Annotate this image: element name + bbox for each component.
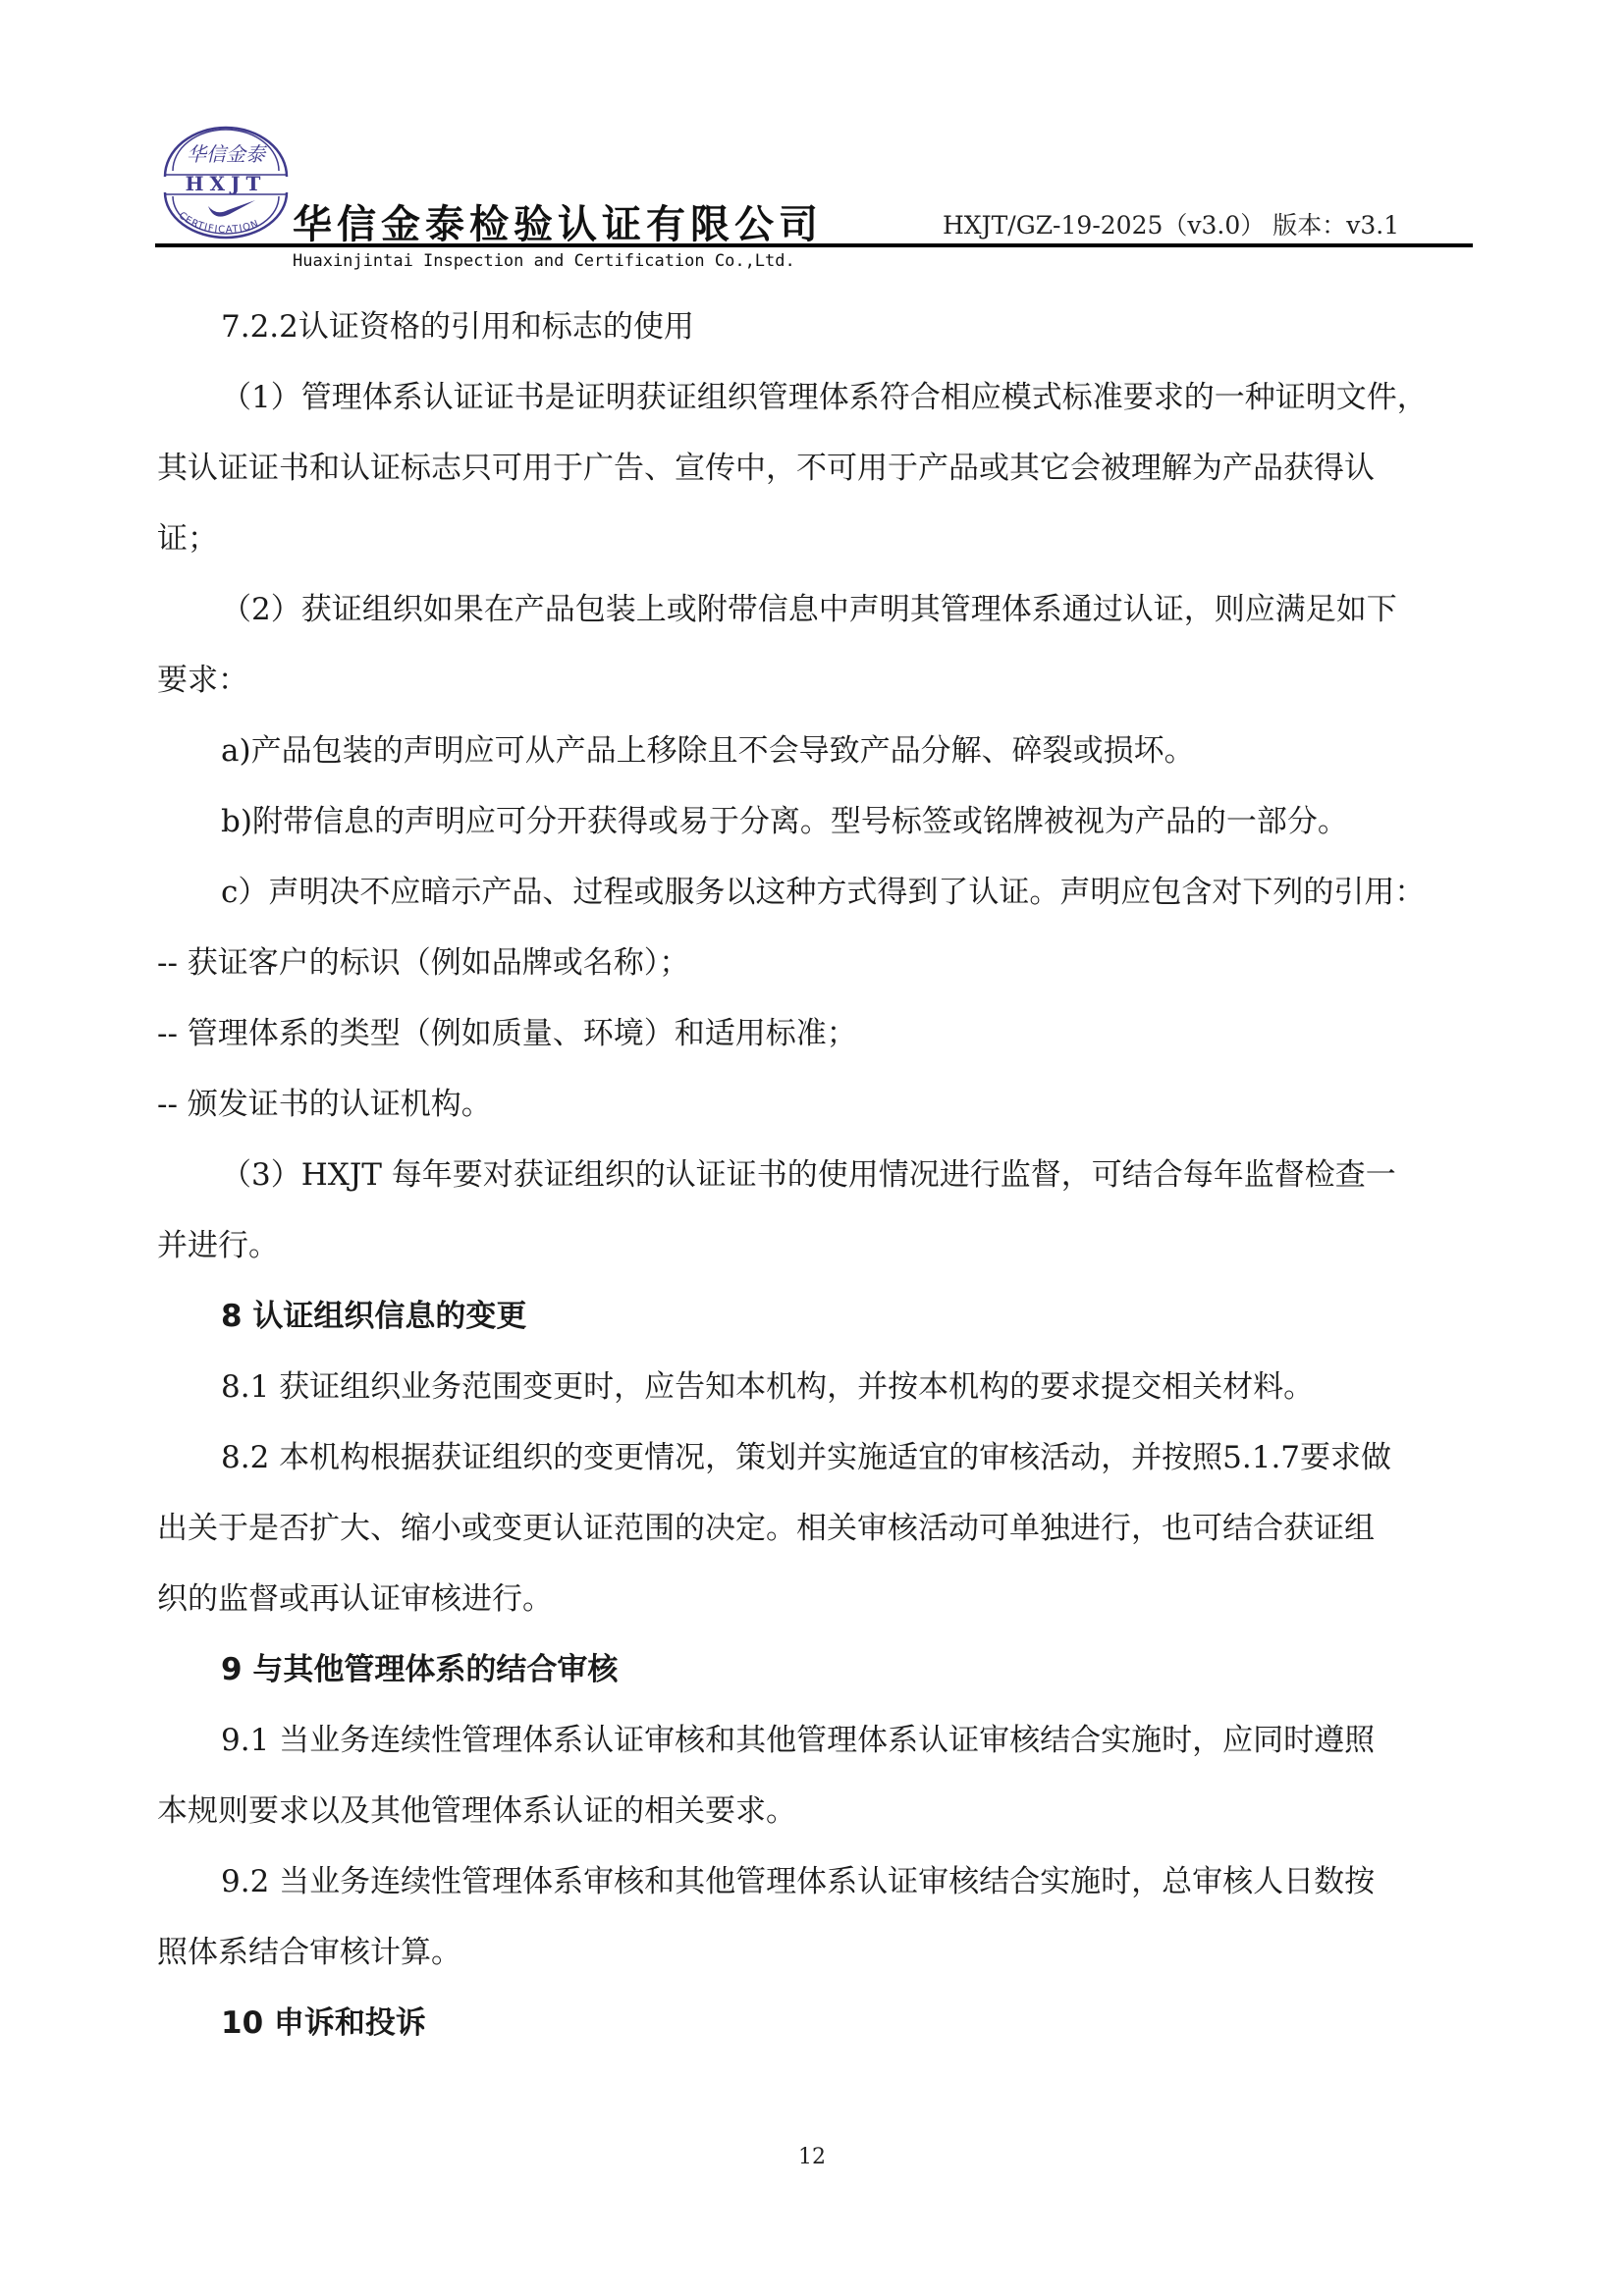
bullet-item: -- 颁发证书的认证机构。 xyxy=(157,1085,492,1124)
paragraph-line: 织的监督或再认证审核进行。 xyxy=(157,1579,553,1619)
paragraph-line: 9.2 当业务连续性管理体系审核和其他管理体系认证审核结合实施时，总审核人日数按 xyxy=(221,1862,1375,1901)
paragraph-line: 并进行。 xyxy=(157,1226,279,1265)
paragraph-line: （2）获证组织如果在产品包装上或附带信息中声明其管理体系通过认证，则应满足如下 xyxy=(221,590,1397,629)
section-heading: 10 申诉和投诉 xyxy=(221,2003,426,2043)
paragraph-line: 照体系结合审核计算。 xyxy=(157,1933,461,1972)
paragraph-line: 9.1 当业务连续性管理体系认证审核和其他管理体系认证审核结合实施时，应同时遵照 xyxy=(221,1721,1375,1760)
hxjt-logo-icon: 华信金泰 HXJT CERTIFICATION xyxy=(157,126,295,240)
document-code: HXJT/GZ-19-2025（v3.0） 版本：v3.1 xyxy=(943,206,1399,241)
paragraph-line: 其认证证书和认证标志只可用于广告、宣传中，不可用于产品或其它会被理解为产品获得认 xyxy=(157,449,1375,488)
logo-top-text: 华信金泰 xyxy=(187,142,267,166)
paragraph-line: 要求： xyxy=(157,661,248,700)
section-heading: 7.2.2认证资格的引用和标志的使用 xyxy=(221,307,694,347)
paragraph-line: （3）HXJT 每年要对获证组织的认证证书的使用情况进行监督，可结合每年监督检查… xyxy=(221,1155,1396,1195)
page-number: 12 xyxy=(0,2145,1624,2169)
header-divider xyxy=(155,243,1473,247)
bullet-item: -- 管理体系的类型（例如质量、环境）和适用标准； xyxy=(157,1014,857,1053)
list-item: c）声明决不应暗示产品、过程或服务以这种方式得到了认证。声明应包含对下列的引用： xyxy=(221,873,1425,912)
paragraph-line: 8.2 本机构根据获证组织的变更情况，策划并实施适宜的审核活动，并按照5.1.7… xyxy=(221,1438,1391,1477)
paragraph-line: 8.1 获证组织业务范围变更时，应告知本机构，并按本机构的要求提交相关材料。 xyxy=(221,1367,1314,1407)
section-heading: 9 与其他管理体系的结合审核 xyxy=(221,1650,618,1689)
logo-middle-text: HXJT xyxy=(186,172,267,195)
paragraph-line: （1）管理体系认证证书是证明获证组织管理体系符合相应模式标准要求的一种证明文件， xyxy=(221,378,1428,417)
list-item: a)产品包装的声明应可从产品上移除且不会导致产品分解、碎裂或损坏。 xyxy=(221,731,1195,771)
list-item: b)附带信息的声明应可分开获得或易于分离。型号标签或铭牌被视为产品的一部分。 xyxy=(221,802,1348,841)
company-name-en: Huaxinjintai Inspection and Certificatio… xyxy=(293,251,795,271)
bullet-item: -- 获证客户的标识（例如品牌或名称）； xyxy=(157,943,689,983)
section-heading: 8 认证组织信息的变更 xyxy=(221,1297,526,1336)
paragraph-line: 出关于是否扩大、缩小或变更认证范围的决定。相关审核活动可单独进行，也可结合获证组 xyxy=(157,1509,1375,1548)
paragraph-line: 本规则要求以及其他管理体系认证的相关要求。 xyxy=(157,1791,796,1831)
company-name-cn: 华信金泰检验认证有限公司 xyxy=(293,193,823,249)
paragraph-line: 证； xyxy=(157,519,218,559)
